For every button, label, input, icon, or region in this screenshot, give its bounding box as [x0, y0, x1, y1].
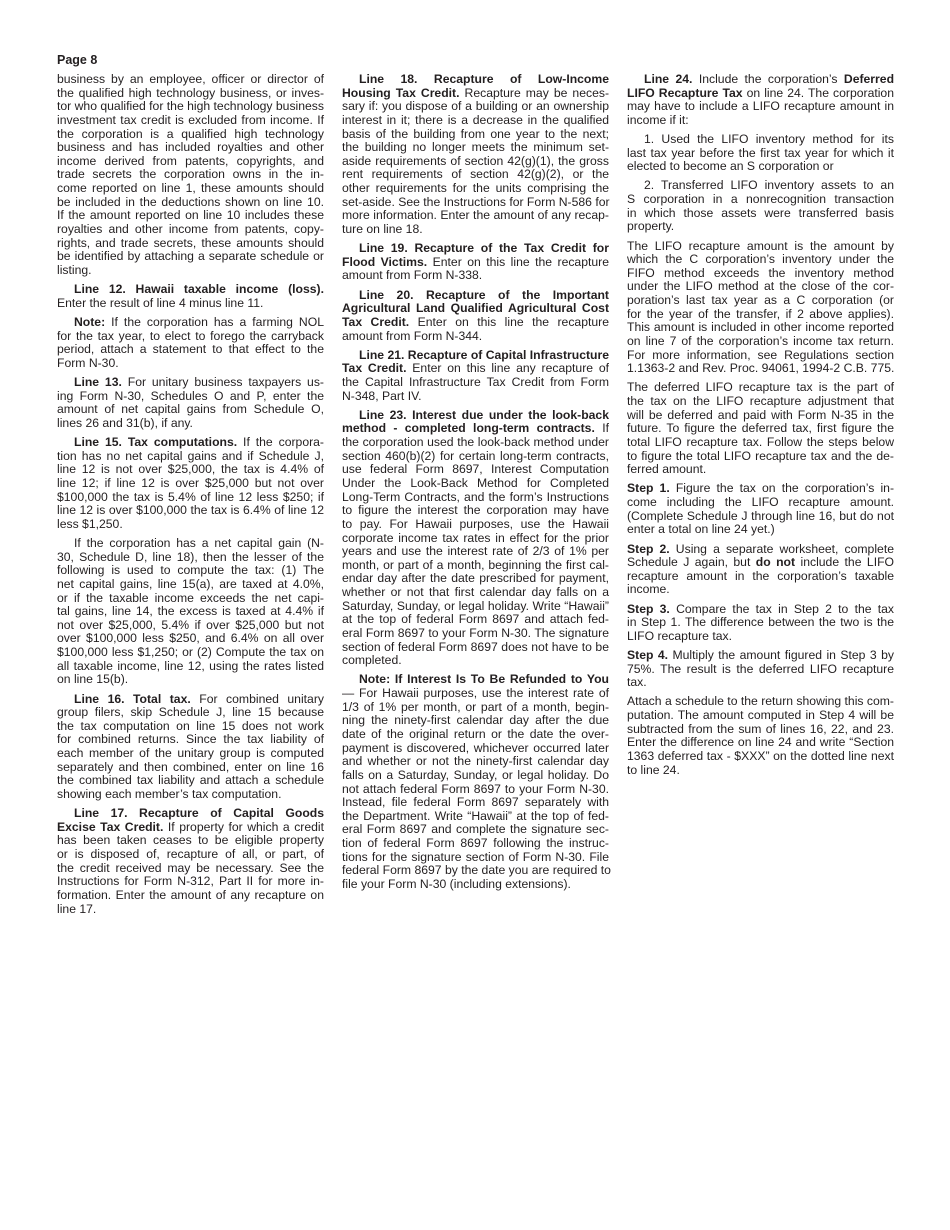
text-line: Step 3. Compare the tax in Step 2 to the…	[627, 603, 894, 617]
line-20-heading-cont: Tax Credit.	[342, 316, 409, 329]
text-line: 30, Schedule D, line 18), then the lesse…	[57, 551, 324, 565]
line-23-heading: Line 23. Interest due under the look-bac…	[359, 409, 609, 422]
text-line: rights, and trade secrets, these amounts…	[57, 237, 324, 251]
text-line: the building no longer meets the minimum…	[342, 141, 609, 155]
text-line: N-348, Part IV.	[342, 390, 609, 404]
line-18-heading-cont: Housing Tax Credit.	[342, 87, 460, 100]
text-line: Line 18. Recapture of Low-Income	[342, 73, 609, 87]
text-line: whether or not that first calendar day f…	[342, 586, 609, 600]
text-line: investment tax credit is excluded from i…	[57, 114, 324, 128]
text-line: file your Form N-30 (including extension…	[342, 878, 609, 892]
text-line: Tax Credit. Enter on this line any recap…	[342, 362, 609, 376]
text-line: be included in the deductions shown on l…	[57, 196, 324, 210]
text-line: for combined returns. Since the tax liab…	[57, 733, 324, 747]
text-line: Line 12. Hawaii taxable income (loss).	[57, 283, 324, 297]
text-line: and whether or not the ninety-first cale…	[342, 755, 609, 769]
do-not-emphasis: do not	[756, 556, 795, 569]
text-line: Step 1. Figure the tax on the corporatio…	[627, 482, 894, 496]
text-line: (Complete Schedule J through line 16, bu…	[627, 510, 894, 524]
text-line: Step 4. Multiply the amount figured in S…	[627, 649, 894, 663]
text-line: royalties and other income from patents,…	[57, 223, 324, 237]
text-line: over $100,000 less $250, and 6.4% on all…	[57, 632, 324, 646]
text-run: on line 24. The corporation	[743, 87, 894, 100]
text-line: LIFO recapture tax.	[627, 630, 894, 644]
text-line: separately and then combined, enter on l…	[57, 761, 324, 775]
text-line: future. To figure the deferred tax, firs…	[627, 422, 894, 436]
text-line: listing.	[57, 264, 324, 278]
paragraph-step-2: Step 2. Using a separate worksheet, comp…	[627, 543, 894, 598]
text-line: on line 15(b).	[57, 673, 324, 687]
text-line: formation. Enter the amount of any recap…	[57, 889, 324, 903]
text-line: lines 26 and 31(b), if any.	[57, 417, 324, 431]
paragraph-line-20: Line 20. Recapture of the Important Agri…	[342, 289, 609, 344]
text-run: Enter on this line the recapture	[409, 316, 609, 329]
text-line: line 17.	[57, 903, 324, 917]
text-line: $100,000 the tax is 5.4% of line 12 less…	[57, 491, 324, 505]
text-line: to figure the interest the corporation m…	[342, 504, 609, 518]
text-line: basis of the building from one year to t…	[342, 128, 609, 142]
text-line: ture on line 18.	[342, 223, 609, 237]
text-line: on line 7 of the corporation’s income ta…	[627, 335, 894, 349]
text-line: aside requirements of section 42(g)(1), …	[342, 155, 609, 169]
text-line: the credit received may be necessary. Se…	[57, 862, 324, 876]
text-line: last tax year before the first tax year …	[627, 147, 894, 161]
text-line: which the C corporation’s inventory unde…	[627, 253, 894, 267]
paragraph-line-17: Line 17. Recapture of Capital Goods Exci…	[57, 807, 324, 916]
text-line: 2. Transferred LIFO inventory assets to …	[627, 179, 894, 193]
text-line: be identified by attaching a separate sc…	[57, 250, 324, 264]
text-run: Compare the tax in Step 2 to the tax	[670, 603, 894, 616]
deferred-term: Deferred	[844, 73, 894, 86]
line-24-heading: Line 24.	[644, 73, 692, 86]
text-line: Excise Tax Credit. If property for which…	[57, 821, 324, 835]
text-line: or is disposed of, recapture of all, or …	[57, 848, 324, 862]
text-line: falls on a Saturday, Sunday, or legal ho…	[342, 769, 609, 783]
note-refund-heading: Note: If Interest Is To Be Refunded to Y…	[359, 673, 609, 686]
text-line: Line 13. For unitary business taxpayers …	[57, 376, 324, 390]
text-line: eral Form 8697 to your Form N-30. The si…	[342, 627, 609, 641]
text-line: method - completed long-term contracts. …	[342, 422, 609, 436]
text-line: years and use the interest rate of 2/3 o…	[342, 545, 609, 559]
text-run: Recapture may be neces-	[460, 87, 610, 100]
text-line: amount from Form N-344.	[342, 330, 609, 344]
text-line: Tax Credit. Enter on this line the recap…	[342, 316, 609, 330]
text-line: This amount is included in other income …	[627, 321, 894, 335]
line-19-heading-cont: Flood Victims.	[342, 256, 427, 269]
text-line: 75%. The result is the deferred LIFO rec…	[627, 663, 894, 677]
text-line: Line 23. Interest due under the look-bac…	[342, 409, 609, 423]
text-line: line 12 is not over $25,000, the tax is …	[57, 463, 324, 477]
text-line: use federal Form 8697, Interest Computat…	[342, 463, 609, 477]
text-line: 1363 deferred tax - $XXX” on the dotted …	[627, 750, 894, 764]
line-21-heading-cont: Tax Credit.	[342, 362, 407, 375]
text-line: Long-Term Contracts, and the form’s Inst…	[342, 491, 609, 505]
text-line: other requirements for the units compris…	[342, 182, 609, 196]
text-line: more information. Enter the amount of an…	[342, 209, 609, 223]
line-23-heading-cont: method - completed long-term contracts.	[342, 422, 595, 435]
text-run: Enter on this line any recapture of	[407, 362, 610, 375]
text-line: income if it:	[627, 114, 894, 128]
line-18-heading: Line 18. Recapture of Low-Income	[359, 73, 609, 86]
text-line: the corporation used the look-back metho…	[342, 436, 609, 450]
step-4-heading: Step 4.	[627, 649, 668, 662]
text-line: trade secrets the corporation owns in th…	[57, 168, 324, 182]
text-line: the combined tax liability and attach a …	[57, 774, 324, 788]
text-line: for the tax year, to elect to forego the…	[57, 330, 324, 344]
text-line: S corporation in a nonrecognition transa…	[627, 193, 894, 207]
page-number: Page 8	[57, 53, 97, 67]
paragraph-note-farming-nol: Note: If the corporation has a farming N…	[57, 316, 324, 371]
text-line: less $1,250.	[57, 518, 324, 532]
text-line: Instructions for Form N-312, Part II for…	[57, 875, 324, 889]
text-line: the tax computation on line 15 does not …	[57, 720, 324, 734]
text-line: poration’s last tax year as a C corporat…	[627, 294, 894, 308]
text-line: the corporation is a qualified high tech…	[57, 128, 324, 142]
paragraph-lifo-recapture-amount: The LIFO recapture amount is the amount …	[627, 240, 894, 376]
text-line: interest in it; there is a decrease in t…	[342, 114, 609, 128]
text-line: elected to become an S corporation or	[627, 160, 894, 174]
text-line: FIFO method exceeds the inventory method	[627, 267, 894, 281]
text-run: Enter on this line the recapture	[427, 256, 609, 269]
text-line: rent requirements of section 42(g)(2), o…	[342, 168, 609, 182]
text-line: in Step 1. The difference between the tw…	[627, 616, 894, 630]
text-line: ferred amount.	[627, 463, 894, 477]
text-line: the Capital Infrastructure Tax Credit fr…	[342, 376, 609, 390]
text-line: Note: If the corporation has a farming N…	[57, 316, 324, 330]
step-2-heading: Step 2.	[627, 543, 670, 556]
list-item-1: 1. Used the LIFO inventory method for it…	[627, 133, 894, 174]
note-heading: Note:	[74, 316, 105, 329]
text-line: The deferred LIFO recapture tax is the p…	[627, 381, 894, 395]
line-17-heading-cont: Excise Tax Credit.	[57, 821, 163, 834]
text-run: If property for which a credit	[163, 821, 324, 834]
text-run: Include the corporation’s	[692, 73, 843, 86]
step-1-heading: Step 1.	[627, 482, 670, 495]
text-line: tions for the signature section of Form …	[342, 851, 609, 865]
text-line: Line 16. Total tax. For combined unitary	[57, 693, 324, 707]
paragraph-line-21: Line 21. Recapture of Capital Infrastruc…	[342, 349, 609, 404]
text-line: in which those assets were transferred b…	[627, 207, 894, 221]
text-line: business by an employee, officer or dire…	[57, 73, 324, 87]
text-line: line 12 is over $100,000 the tax is 6.4%…	[57, 504, 324, 518]
text-line: 1.1363-2 and Rev. Proc. 94061, 1994-2 C.…	[627, 362, 894, 376]
text-run: Figure the tax on the corporation’s in-	[670, 482, 894, 495]
paragraph-step-1: Step 1. Figure the tax on the corporatio…	[627, 482, 894, 537]
text-line: Form N-30.	[57, 357, 324, 371]
text-line: the tax on the LIFO recapture adjustment…	[627, 395, 894, 409]
paragraph-deferred-lifo-tax: The deferred LIFO recapture tax is the p…	[627, 381, 894, 476]
text-line: amount of net capital gains from Schedul…	[57, 403, 324, 417]
line-13-heading: Line 13.	[74, 376, 122, 389]
text-line: tion of federal Form 8697 following the …	[342, 837, 609, 851]
text-line: corporate income tax rates in effect for…	[342, 532, 609, 546]
text-line: period, attach a statement to that effec…	[57, 343, 324, 357]
text-line: endar day after the date prescribed for …	[342, 572, 609, 586]
text-line: enter a total on line 24 yet.)	[627, 523, 894, 537]
line-20-heading: Line 20. Recapture of the Important	[359, 289, 609, 302]
text-line: — For Hawaii purposes, use the interest …	[342, 687, 609, 701]
text-line: Flood Victims. Enter on this line the re…	[342, 256, 609, 270]
text-line: section 460(b)(2) for certain long-term …	[342, 450, 609, 464]
paragraph-attach-schedule: Attach a schedule to the return showing …	[627, 695, 894, 777]
text-line: payment is discovered, whichever occurre…	[342, 742, 609, 756]
text-line: federal Form 8697 by the date you are re…	[342, 864, 609, 878]
text-line: Under the Look-Back Method for Completed	[342, 477, 609, 491]
line-15-heading: Line 15. Tax computations.	[74, 436, 237, 449]
text-line: for the year of the transfer, if 2 above…	[627, 308, 894, 322]
text-line: to line 24.	[627, 764, 894, 778]
line-17-heading: Line 17. Recapture of Capital Goods	[74, 807, 324, 820]
text-line: tor who qualified for the high technolog…	[57, 100, 324, 114]
text-line: showing each member’s tax computation.	[57, 788, 324, 802]
text-line: sary if: you dispose of a building or an…	[342, 100, 609, 114]
text-line: income derived from patents, copyrights,…	[57, 155, 324, 169]
text-line: line 12; if line 12 is over $25,000 but …	[57, 477, 324, 491]
text-line: Instead, file federal Form 8697 separate…	[342, 796, 609, 810]
line-21-heading: Line 21. Recapture of Capital Infrastruc…	[359, 349, 609, 362]
text-line: set-aside. See the Instructions for Form…	[342, 196, 609, 210]
text-line: Housing Tax Credit. Recapture may be nec…	[342, 87, 609, 101]
text-line: Enter the result of line 4 minus line 11…	[57, 297, 324, 311]
text-line: Enter the difference on line 24 and writ…	[627, 736, 894, 750]
text-line: Attach a schedule to the return showing …	[627, 695, 894, 709]
text-line: come reported on line 1, these amounts s…	[57, 182, 324, 196]
text-line: Schedule J again, but do not include the…	[627, 556, 894, 570]
text-line: 1/3 of 1% per month, or part of a month,…	[342, 701, 609, 715]
text-line: will be deferred and paid with Form N-35…	[627, 409, 894, 423]
text-line: If the corporation has a net capital gai…	[57, 537, 324, 551]
text-line: may have to include a LIFO recapture amo…	[627, 100, 894, 114]
text-line: Line 19. Recapture of the Tax Credit for	[342, 242, 609, 256]
text-line: Line 21. Recapture of Capital Infrastruc…	[342, 349, 609, 363]
paragraph-line-15: Line 15. Tax computations. If the corpor…	[57, 436, 324, 531]
paragraph-line-16: Line 16. Total tax. For combined unitary…	[57, 693, 324, 802]
text-line: has been taken ceases to be eligible pro…	[57, 834, 324, 848]
text-line: month, or part of a month, beginning the…	[342, 559, 609, 573]
column-1: business by an employee, officer or dire…	[57, 73, 324, 922]
text-run: include the LIFO	[795, 556, 894, 569]
text-line: following is used to compute the tax: (1…	[57, 564, 324, 578]
text-run: For combined unitary	[191, 693, 324, 706]
text-line: The LIFO recapture amount is the amount …	[627, 240, 894, 254]
text-run: If	[595, 422, 609, 435]
text-line: subtracted from the sum of lines 16, 22,…	[627, 723, 894, 737]
text-line: total LIFO recapture tax. Follow the ste…	[627, 436, 894, 450]
text-line: or if the taxable income exceeds the net…	[57, 592, 324, 606]
text-line: Saturday, Sunday, or legal holiday. Writ…	[342, 600, 609, 614]
step-3-heading: Step 3.	[627, 603, 670, 616]
text-run: If the corporation has a farming NOL	[105, 316, 324, 329]
line-20-heading-mid: Agricultural Land Qualified Agricultural…	[342, 302, 609, 315]
text-line: all taxable income, line 12, using the r…	[57, 660, 324, 674]
text-line: LIFO Recapture Tax on line 24. The corpo…	[627, 87, 894, 101]
text-run: Multiply the amount figured in Step 3 by	[668, 649, 894, 662]
text-run: For unitary business taxpayers us-	[122, 376, 324, 389]
line-16-heading: Line 16. Total tax.	[74, 693, 191, 706]
text-line: property.	[627, 220, 894, 234]
text-line: not attach federal Form 8697 to your For…	[342, 783, 609, 797]
text-line: Step 2. Using a separate worksheet, comp…	[627, 543, 894, 557]
text-line: putation. The amount computed in Step 4 …	[627, 709, 894, 723]
text-line: not over $25,000, 5.4% if over $25,000 b…	[57, 619, 324, 633]
text-line: the Department. Write “Hawaii” at the to…	[342, 810, 609, 824]
text-line: ing Form N-30, Schedules O and P, enter …	[57, 390, 324, 404]
text-line: tal gains, line 14, the excess is taxed …	[57, 605, 324, 619]
text-line: Line 20. Recapture of the Important	[342, 289, 609, 303]
text-line: under the LIFO method at the close of th…	[627, 280, 894, 294]
text-line: date of the original return or the date …	[342, 728, 609, 742]
text-line: come including the LIFO recapture amount…	[627, 496, 894, 510]
text-line: at the top of federal Form 8697 and atta…	[342, 613, 609, 627]
line-12-heading: Line 12. Hawaii taxable income (loss).	[74, 283, 324, 296]
paragraph-net-capital-gain: If the corporation has a net capital gai…	[57, 537, 324, 687]
text-line: net capital gains, line 15(a), are taxed…	[57, 578, 324, 592]
lifo-recapture-tax-term: LIFO Recapture Tax	[627, 87, 743, 100]
text-line: completed.	[342, 654, 609, 668]
paragraph-hightech-exclusion: business by an employee, officer or dire…	[57, 73, 324, 278]
text-line: amount from Form N-338.	[342, 269, 609, 283]
text-line: Line 24. Include the corporation’s Defer…	[627, 73, 894, 87]
text-line: each member of the unitary group is comp…	[57, 747, 324, 761]
paragraph-step-3: Step 3. Compare the tax in Step 2 to the…	[627, 603, 894, 644]
paragraph-line-19: Line 19. Recapture of the Tax Credit for…	[342, 242, 609, 283]
text-line: tax.	[627, 676, 894, 690]
paragraph-note-interest-refund: Note: If Interest Is To Be Refunded to Y…	[342, 673, 609, 891]
text-line: recapture amount in the corporation’s ta…	[627, 570, 894, 584]
paragraph-line-23: Line 23. Interest due under the look-bac…	[342, 409, 609, 668]
text-line: group filers, skip Schedule J, line 15 b…	[57, 706, 324, 720]
line-19-heading: Line 19. Recapture of the Tax Credit for	[359, 242, 609, 255]
column-3: Line 24. Include the corporation’s Defer…	[627, 73, 894, 783]
text-line: Note: If Interest Is To Be Refunded to Y…	[342, 673, 609, 687]
column-2: Line 18. Recapture of Low-Income Housing…	[342, 73, 609, 897]
list-item-2: 2. Transferred LIFO inventory assets to …	[627, 179, 894, 234]
text-line: eral Form 8697 and complete the signatur…	[342, 823, 609, 837]
text-line: For more information, see Regulations se…	[627, 349, 894, 363]
text-line: 1. Used the LIFO inventory method for it…	[627, 133, 894, 147]
text-line: business and has included royalties and …	[57, 141, 324, 155]
paragraph-line-18: Line 18. Recapture of Low-Income Housing…	[342, 73, 609, 237]
text-line: income.	[627, 583, 894, 597]
text-run: If the corpora-	[237, 436, 324, 449]
text-line: to pay. For Hawaii purposes, use the Haw…	[342, 518, 609, 532]
text-line: section of federal Form 8697 does not ha…	[342, 641, 609, 655]
paragraph-line-13: Line 13. For unitary business taxpayers …	[57, 376, 324, 431]
text-run: Schedule J again, but	[627, 556, 756, 569]
text-line: to figure the total LIFO recapture tax a…	[627, 450, 894, 464]
text-line: Agricultural Land Qualified Agricultural…	[342, 302, 609, 316]
text-line: ning the ninety-first calendar day after…	[342, 714, 609, 728]
text-line: $100,000 less $1,250; or (2) Compute the…	[57, 646, 324, 660]
text-line: Line 15. Tax computations. If the corpor…	[57, 436, 324, 450]
text-line: the qualified high technology business, …	[57, 87, 324, 101]
text-line: Line 17. Recapture of Capital Goods	[57, 807, 324, 821]
paragraph-line-24: Line 24. Include the corporation’s Defer…	[627, 73, 894, 128]
paragraph-line-12: Line 12. Hawaii taxable income (loss). E…	[57, 283, 324, 310]
paragraph-step-4: Step 4. Multiply the amount figured in S…	[627, 649, 894, 690]
text-line: tion has no net capital gains and if Sch…	[57, 450, 324, 464]
text-line: If the amount reported on line 10 includ…	[57, 209, 324, 223]
text-run: Using a separate worksheet, complete	[670, 543, 894, 556]
